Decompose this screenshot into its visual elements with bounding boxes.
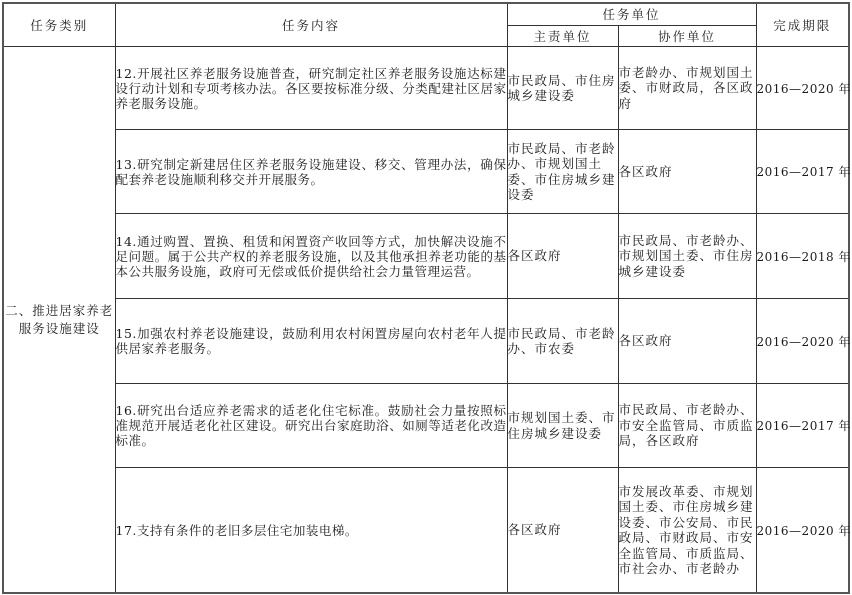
assist-unit: 市发展改革委、市规划国土委、市住房城乡建设委、市公安局、市民政局、市财政局、市安… — [618, 468, 756, 594]
deadline: 2016—2017 年 — [756, 130, 849, 214]
assist-unit: 市民政局、市老龄办、市规划国土委、市住房城乡建设委 — [618, 214, 756, 299]
assist-unit: 市民政局、市老龄办、市安全监管局、市质监局，各区政府 — [618, 384, 756, 468]
lead-unit: 市民政局、市老龄办、市规划国土委、市住房城乡建设委 — [507, 130, 618, 214]
header-category: 任务类别 — [3, 3, 115, 47]
header-content: 任务内容 — [115, 3, 507, 47]
lead-unit: 市民政局、市住房城乡建设委 — [507, 47, 618, 130]
table-header: 任务类别 任务内容 任务单位 完成期限 主责单位 协作单位 — [3, 3, 849, 47]
deadline: 2016—2018 年 — [756, 214, 849, 299]
assist-unit: 市老龄办、市规划国土委、市财政局，各区政府 — [618, 47, 756, 130]
task-content: 16.研究出台适应养老需求的适老化住宅标准。鼓励社会力量按照标准规范开展适老化社… — [115, 384, 507, 468]
header-row-1: 任务类别 任务内容 任务单位 完成期限 — [3, 3, 849, 25]
task-content: 12.开展社区养老服务设施普查，研究制定社区养老服务设施达标建设行动计划和专项考… — [115, 47, 507, 130]
table-body: 二、推进居家养老服务设施建设 12.开展社区养老服务设施普查，研究制定社区养老服… — [3, 47, 849, 594]
task-table: 任务类别 任务内容 任务单位 完成期限 主责单位 协作单位 二、推进居家养老服务… — [2, 2, 850, 594]
assist-unit: 各区政府 — [618, 130, 756, 214]
deadline: 2016—2017 年 — [756, 384, 849, 468]
task-content: 13.研究制定新建居住区养老服务设施建设、移交、管理办法，确保配套养老设施顺利移… — [115, 130, 507, 214]
table-row: 二、推进居家养老服务设施建设 12.开展社区养老服务设施普查，研究制定社区养老服… — [3, 47, 849, 130]
task-category: 二、推进居家养老服务设施建设 — [3, 47, 115, 594]
table-row: 13.研究制定新建居住区养老服务设施建设、移交、管理办法，确保配套养老设施顺利移… — [3, 130, 849, 214]
deadline: 2016—2020 年 — [756, 47, 849, 130]
lead-unit: 各区政府 — [507, 468, 618, 594]
lead-unit: 市民政局、市老龄办、市农委 — [507, 299, 618, 384]
header-assist-unit: 协作单位 — [618, 25, 756, 47]
deadline: 2016—2020 年 — [756, 468, 849, 594]
table-row: 16.研究出台适应养老需求的适老化住宅标准。鼓励社会力量按照标准规范开展适老化社… — [3, 384, 849, 468]
lead-unit: 市规划国土委、市住房城乡建设委 — [507, 384, 618, 468]
task-content: 15.加强农村养老设施建设，鼓励利用农村闲置房屋向农村老年人提供居家养老服务。 — [115, 299, 507, 384]
deadline: 2016—2020 年 — [756, 299, 849, 384]
lead-unit: 各区政府 — [507, 214, 618, 299]
header-lead-unit: 主责单位 — [507, 25, 618, 47]
table-row: 14.通过购置、置换、租赁和闲置资产收回等方式，加快解决设施不足问题。属于公共产… — [3, 214, 849, 299]
header-period: 完成期限 — [756, 3, 849, 47]
task-content: 17.支持有条件的老旧多层住宅加装电梯。 — [115, 468, 507, 594]
assist-unit: 各区政府 — [618, 299, 756, 384]
table-row: 15.加强农村养老设施建设，鼓励利用农村闲置房屋向农村老年人提供居家养老服务。 … — [3, 299, 849, 384]
header-units: 任务单位 — [507, 3, 756, 25]
table-row: 17.支持有条件的老旧多层住宅加装电梯。 各区政府 市发展改革委、市规划国土委、… — [3, 468, 849, 594]
task-content: 14.通过购置、置换、租赁和闲置资产收回等方式，加快解决设施不足问题。属于公共产… — [115, 214, 507, 299]
